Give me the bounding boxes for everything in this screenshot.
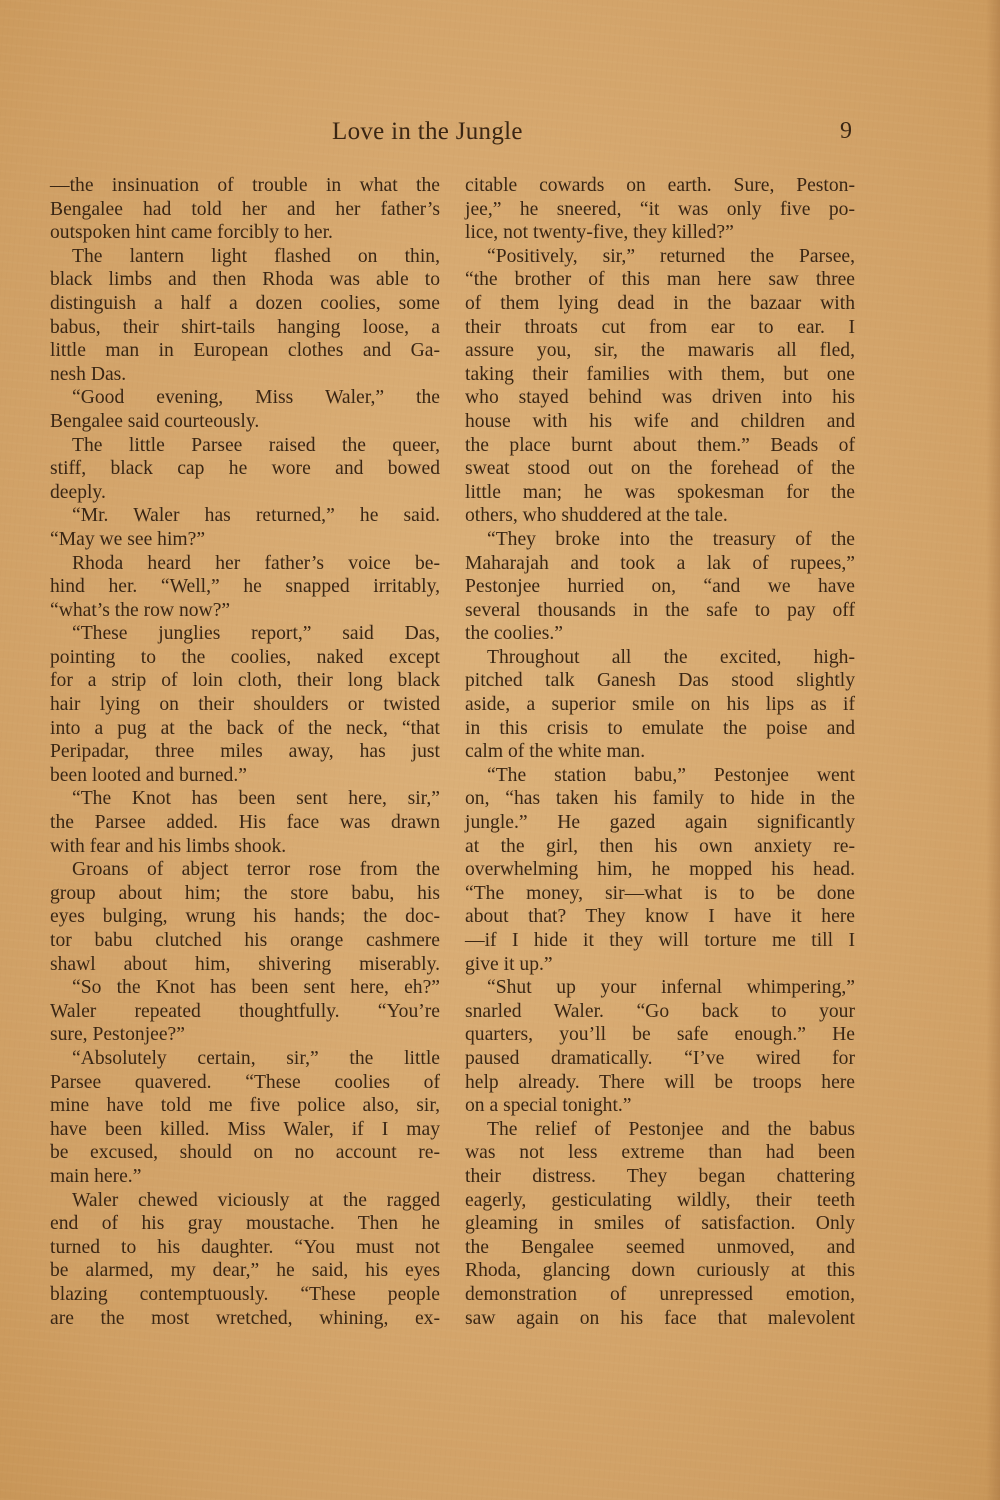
text-line: “The Knot has been sent here, sir,” xyxy=(50,787,440,811)
text-line: “Absolutely certain, sir,” the little xyxy=(50,1047,440,1071)
text-line: “Mr. Waler has returned,” he said. xyxy=(50,504,440,528)
text-line: Waler chewed viciously at the ragged xyxy=(50,1189,440,1213)
text-line: house with his wife and children and xyxy=(465,410,855,434)
text-line: lice, not twenty-five, they killed?” xyxy=(465,221,855,245)
text-line: little man in European clothes and Ga- xyxy=(50,339,440,363)
text-line: eyes bulging, wrung his hands; the doc- xyxy=(50,905,440,929)
text-line: “May we see him?” xyxy=(50,528,440,552)
text-line: Maharajah and took a lak of rupees,” xyxy=(465,552,855,576)
text-line: on a special tonight.” xyxy=(465,1094,855,1118)
text-line: group about him; the store babu, his xyxy=(50,882,440,906)
text-line: gleaming in smiles of satisfaction. Only xyxy=(465,1212,855,1236)
text-line: for a strip of loin cloth, their long bl… xyxy=(50,669,440,693)
running-head: Love in the Jungle 9 xyxy=(0,118,1000,154)
text-line: calm of the white man. xyxy=(465,740,855,764)
text-line: “the brother of this man here saw three xyxy=(465,268,855,292)
text-line: pitched talk Ganesh Das stood slightly xyxy=(465,669,855,693)
right-column: citable cowards on earth. Sure, Peston-j… xyxy=(465,174,855,1330)
text-line: Rhoda heard her father’s voice be- xyxy=(50,552,440,576)
text-line: outspoken hint came forcibly to her. xyxy=(50,221,440,245)
text-line: several thousands in the safe to pay off xyxy=(465,599,855,623)
text-line: Bengalee said courteously. xyxy=(50,410,440,434)
text-line: sure, Pestonjee?” xyxy=(50,1023,440,1047)
text-line: blazing contemptuously. “These people xyxy=(50,1283,440,1307)
text-line: distinguish a half a dozen coolies, some xyxy=(50,292,440,316)
text-line: —the insinuation of trouble in what the xyxy=(50,174,440,198)
text-line: the place burnt about them.” Beads of xyxy=(465,434,855,458)
text-line: “So the Knot has been sent here, eh?” xyxy=(50,976,440,1000)
text-line: The relief of Pestonjee and the babus xyxy=(465,1118,855,1142)
text-line: mine have told me five police also, sir, xyxy=(50,1094,440,1118)
text-line: assure you, sir, the mawaris all fled, xyxy=(465,339,855,363)
text-line: about that? They know I have it here xyxy=(465,905,855,929)
text-line: tor babu clutched his orange cashmere xyxy=(50,929,440,953)
text-line: paused dramatically. “I’ve wired for xyxy=(465,1047,855,1071)
text-line: black limbs and then Rhoda was able to xyxy=(50,268,440,292)
text-line: demonstration of unrepressed emotion, xyxy=(465,1283,855,1307)
running-title: Love in the Jungle xyxy=(332,118,523,146)
text-line: the Parsee added. His face was drawn xyxy=(50,811,440,835)
text-line: pointing to the coolies, naked except xyxy=(50,646,440,670)
text-line: stiff, black cap he wore and bowed xyxy=(50,457,440,481)
page-number: 9 xyxy=(840,118,852,145)
text-line: Rhoda, glancing down curiously at this xyxy=(465,1259,855,1283)
text-line: sweat stood out on the forehead of the xyxy=(465,457,855,481)
text-line: “These junglies report,” said Das, xyxy=(50,622,440,646)
text-line: aside, a superior smile on his lips as i… xyxy=(465,693,855,717)
text-line: others, who shuddered at the tale. xyxy=(465,504,855,528)
text-line: with fear and his limbs shook. xyxy=(50,835,440,859)
text-line: Bengalee had told her and her father’s xyxy=(50,198,440,222)
text-line: jungle.” He gazed again significantly xyxy=(465,811,855,835)
text-line: in this crisis to emulate the poise and xyxy=(465,717,855,741)
text-line: are the most wretched, whining, ex- xyxy=(50,1307,440,1331)
text-line: “what’s the row now?” xyxy=(50,599,440,623)
text-line: their distress. They began chattering xyxy=(465,1165,855,1189)
text-line: saw again on his face that malevolent xyxy=(465,1307,855,1331)
text-line: the Bengalee seemed unmoved, and xyxy=(465,1236,855,1260)
text-line: give it up.” xyxy=(465,953,855,977)
text-line: deeply. xyxy=(50,481,440,505)
text-line: Peripadar, three miles away, has just xyxy=(50,740,440,764)
text-line: be excused, should on no account re- xyxy=(50,1141,440,1165)
text-line: citable cowards on earth. Sure, Peston- xyxy=(465,174,855,198)
text-line: their throats cut from ear to ear. I xyxy=(465,316,855,340)
text-line: Pestonjee hurried on, “and we have xyxy=(465,575,855,599)
text-line: taking their families with them, but one xyxy=(465,363,855,387)
text-line: babus, their shirt-tails hanging loose, … xyxy=(50,316,440,340)
text-line: The little Parsee raised the queer, xyxy=(50,434,440,458)
text-line: The lantern light flashed on thin, xyxy=(50,245,440,269)
text-line: quarters, you’ll be safe enough.” He xyxy=(465,1023,855,1047)
text-line: “Positively, sir,” returned the Parsee, xyxy=(465,245,855,269)
text-line: on, “has taken his family to hide in the xyxy=(465,787,855,811)
text-line: be alarmed, my dear,” he said, his eyes xyxy=(50,1259,440,1283)
text-line: “They broke into the treasury of the xyxy=(465,528,855,552)
text-line: “The money, sir—what is to be done xyxy=(465,882,855,906)
text-line: snarled Waler. “Go back to your xyxy=(465,1000,855,1024)
text-line: hind her. “Well,” he snapped irritably, xyxy=(50,575,440,599)
text-line: of them lying dead in the bazaar with xyxy=(465,292,855,316)
text-line: overwhelming him, he mopped his head. xyxy=(465,858,855,882)
text-line: “Good evening, Miss Waler,” the xyxy=(50,386,440,410)
text-line: little man; he was spokesman for the xyxy=(465,481,855,505)
text-line: end of his gray moustache. Then he xyxy=(50,1212,440,1236)
text-line: hair lying on their shoulders or twisted xyxy=(50,693,440,717)
text-line: who stayed behind was driven into his xyxy=(465,386,855,410)
text-line: into a pug at the back of the neck, “tha… xyxy=(50,717,440,741)
text-line: Throughout all the excited, high- xyxy=(465,646,855,670)
text-line: shawl about him, shivering miserably. xyxy=(50,953,440,977)
text-line: Waler repeated thoughtfully. “You’re xyxy=(50,1000,440,1024)
text-line: turned to his daughter. “You must not xyxy=(50,1236,440,1260)
text-line: Groans of abject terror rose from the xyxy=(50,858,440,882)
text-line: was not less extreme than had been xyxy=(465,1141,855,1165)
text-line: at the girl, then his own anxiety re- xyxy=(465,835,855,859)
text-line: —if I hide it they will torture me till … xyxy=(465,929,855,953)
text-line: “Shut up your infernal whimpering,” xyxy=(465,976,855,1000)
text-line: jee,” he sneered, “it was only five po- xyxy=(465,198,855,222)
text-line: help already. There will be troops here xyxy=(465,1071,855,1095)
text-line: have been killed. Miss Waler, if I may xyxy=(50,1118,440,1142)
text-line: Parsee quavered. “These coolies of xyxy=(50,1071,440,1095)
text-line: eagerly, gesticulating wildly, their tee… xyxy=(465,1189,855,1213)
text-line: nesh Das. xyxy=(50,363,440,387)
text-line: main here.” xyxy=(50,1165,440,1189)
book-page: Love in the Jungle 9 —the insinuation of… xyxy=(0,0,1000,1500)
text-line: been looted and burned.” xyxy=(50,764,440,788)
text-line: the coolies.” xyxy=(465,622,855,646)
left-column: —the insinuation of trouble in what theB… xyxy=(50,174,440,1330)
text-line: “The station babu,” Pestonjee went xyxy=(465,764,855,788)
